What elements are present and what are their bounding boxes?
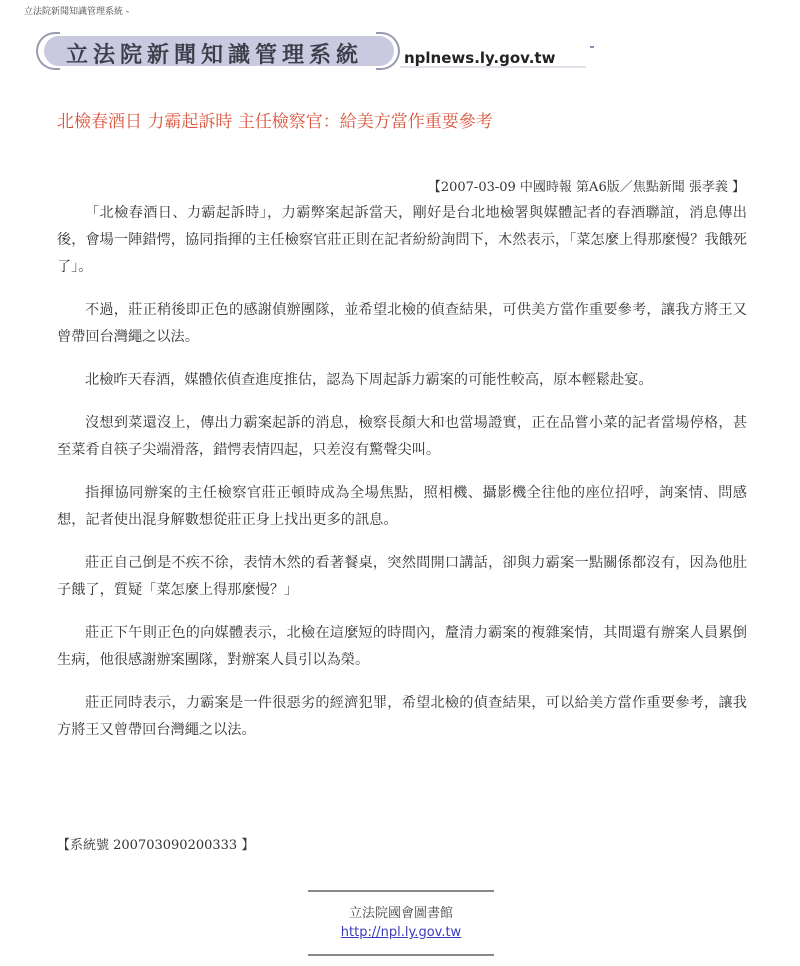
window-title: 立法院新聞知識管理系統 -: [24, 4, 129, 17]
banner-left-bracket-icon: [36, 32, 60, 70]
banner-underline: [400, 66, 586, 68]
footer-bottom-divider: [308, 954, 494, 956]
article-source: 【2007-03-09 中國時報 第A6版／焦點新聞 張孝義 】: [428, 176, 745, 195]
article-paragraph: 沒想到菜還沒上，傳出力霸案起訴的消息，檢察長顏大和也當場證實，正在品嘗小菜的記者…: [57, 410, 747, 464]
banner-dot-icon: [590, 46, 594, 48]
banner-title: 立法院新聞知識管理系統: [66, 38, 363, 69]
article-paragraph: 北檢昨天春酒，媒體依偵查進度推估，認為下周起訴力霸案的可能性較高，原本輕鬆赴宴。: [57, 367, 747, 394]
footer-site-link[interactable]: http://npl.ly.gov.tw: [341, 925, 461, 940]
footer: 立法院國會圖書館 http://npl.ly.gov.tw: [308, 890, 494, 956]
article-paragraph: 不過，莊正稍後即正色的感謝偵辦團隊，並希望北檢的偵查結果，可供美方當作重要參考，…: [57, 297, 747, 351]
article-paragraph: 莊正下午則正色的向媒體表示，北檢在這麼短的時間內，釐清力霸案的複雜案情，其間還有…: [57, 620, 747, 674]
banner-right-bracket-icon: [376, 32, 400, 70]
article-paragraph: 指揮協同辦案的主任檢察官莊正頓時成為全場焦點，照相機、攝影機全往他的座位招呼，詢…: [57, 480, 747, 534]
article-paragraph: 莊正自己倒是不疾不徐，表情木然的看著餐桌，突然間開口講話，卻與力霸案一點關係都沒…: [57, 550, 747, 604]
article-paragraph: 莊正同時表示，力霸案是一件很惡劣的經濟犯罪，希望北檢的偵查結果，可以給美方當作重…: [57, 690, 747, 744]
article-title: 北檢春酒日 力霸起訴時 主任檢察官：給美方當作重要參考: [57, 107, 493, 132]
banner-domain: nplnews.ly.gov.tw: [404, 49, 555, 67]
site-banner: 立法院新聞知識管理系統 nplnews.ly.gov.tw: [36, 32, 596, 72]
footer-top-divider: [308, 890, 494, 892]
article-body: 「北檢春酒日、力霸起訴時」，力霸弊案起訴當天，剛好是台北地檢署與媒體記者的春酒聯…: [57, 200, 747, 760]
article-paragraph: 「北檢春酒日、力霸起訴時」，力霸弊案起訴當天，剛好是台北地檢署與媒體記者的春酒聯…: [57, 200, 747, 281]
system-number: 【系統號 200703090200333 】: [57, 834, 254, 853]
footer-organization: 立法院國會圖書館: [308, 902, 494, 921]
